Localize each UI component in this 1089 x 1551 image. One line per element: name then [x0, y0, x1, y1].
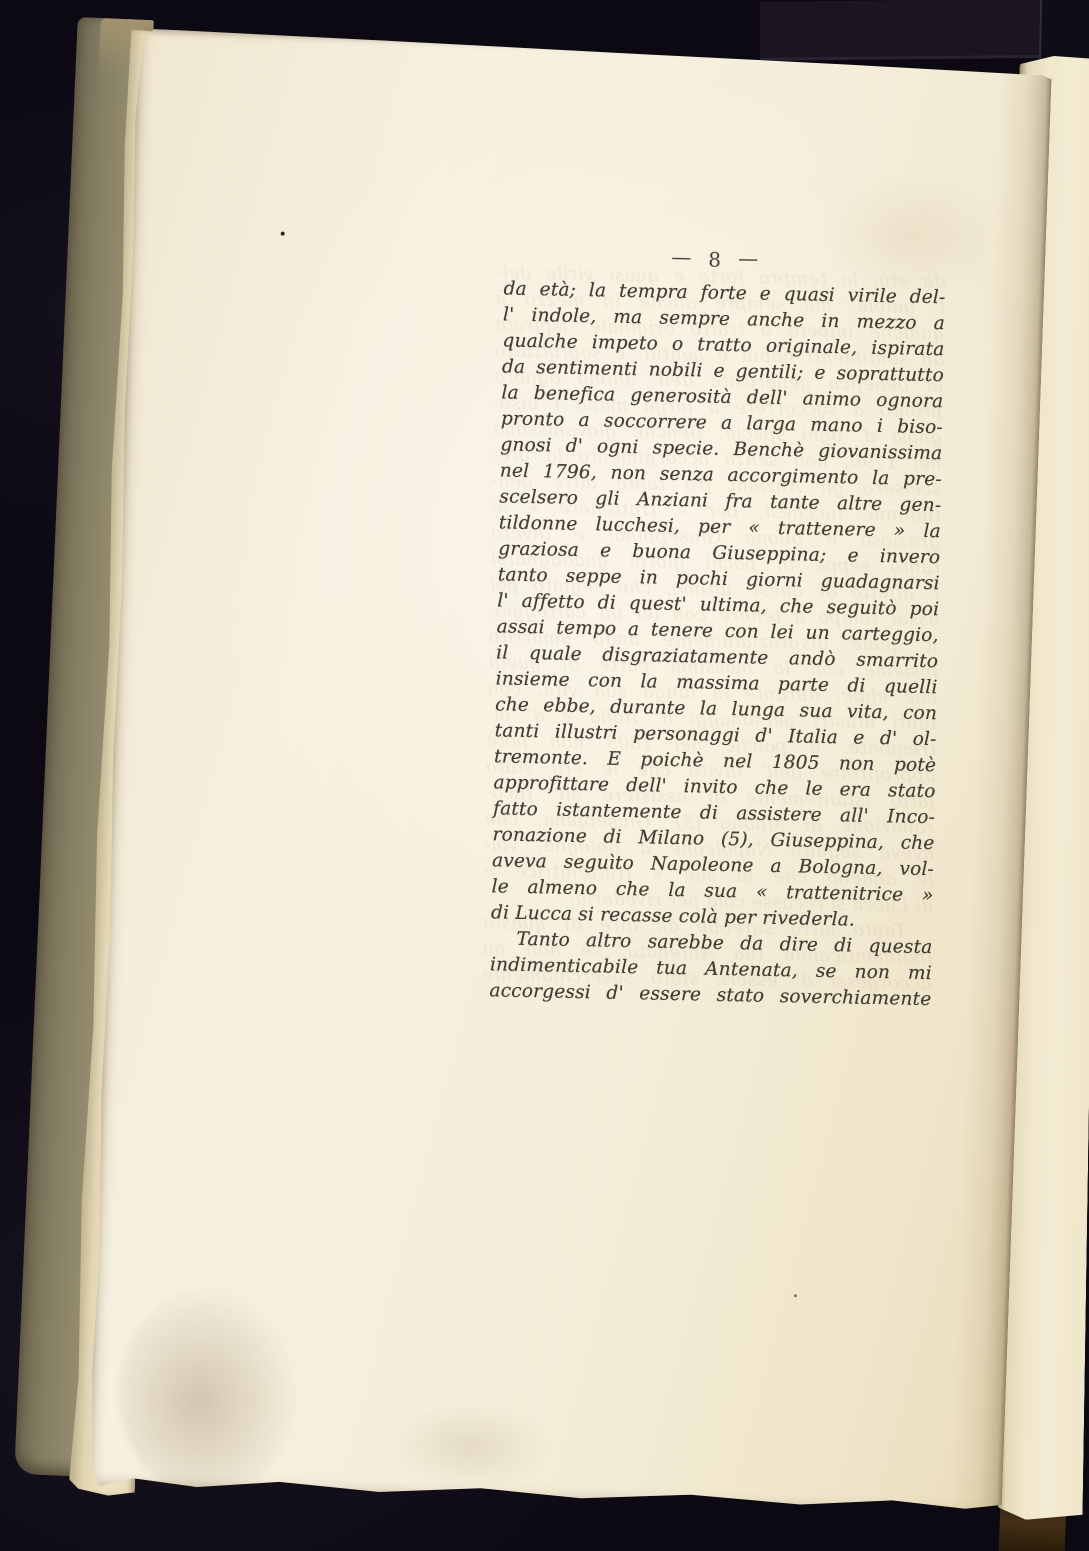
page-text: —8— da età; la tempra forte e quasi viri… [489, 243, 946, 1013]
ink-speck [794, 1294, 797, 1297]
ink-speck [281, 232, 285, 236]
paragraph: Tanto altro sarebbe da dire di questaind… [489, 926, 932, 1013]
paragraph: da età; la tempra forte e quasi virile d… [491, 276, 946, 935]
header-dash-right: — [738, 246, 759, 270]
stain [115, 1284, 302, 1500]
page-number: 8 [708, 248, 722, 272]
body-text: da età; la tempra forte e quasi virile d… [489, 276, 946, 1013]
stain [387, 1398, 550, 1494]
book-page: da età; la tempra forte e quasi virile d… [87, 28, 1052, 1519]
book-scan: da età; la tempra forte e quasi virile d… [0, 0, 1089, 1551]
header-dash-left: — [671, 245, 692, 269]
